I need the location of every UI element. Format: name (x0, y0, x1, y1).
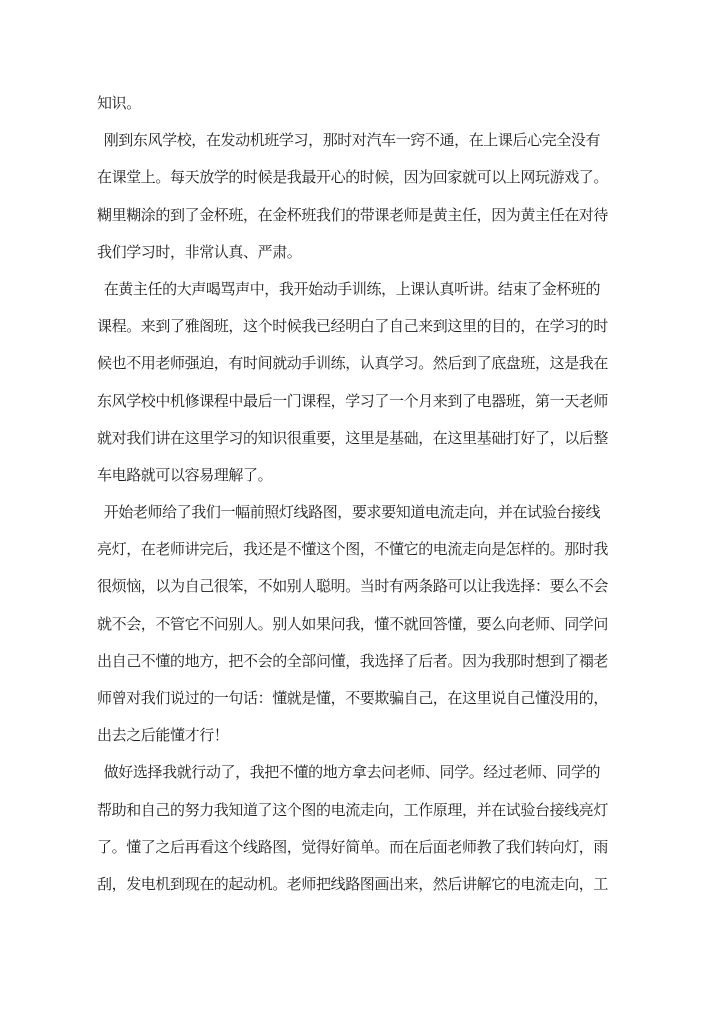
text-line: 知识。 (97, 86, 631, 123)
text-line: 刚到东风学校，在发动机班学习，那时对汽车一窍不通，在上课后心完全没有 (97, 123, 631, 160)
text-line: 开始老师给了我们一幅前照灯线路图，要求要知道电流走向，并在试验台接线 (97, 495, 631, 532)
text-line: 就不会，不管它不问别人。别人如果问我，懂不就回答懂，要么向老师、同学问 (97, 607, 631, 644)
text-line: 做好选择我就行动了，我把不懂的地方拿去问老师、同学。经过老师、同学的 (97, 755, 631, 792)
text-line: 候也不用老师强迫，有时间就动手训练，认真学习。然后到了底盘班，这是我在 (97, 346, 631, 383)
text-line: 东风学校中机修课程中最后一门课程，学习了一个月来到了电器班，第一天老师 (97, 384, 631, 421)
text-line: 在课堂上。每天放学的时候是我最开心的时候，因为回家就可以上网玩游戏了。 (97, 160, 631, 197)
text-line: 出自己不懂的地方，把不会的全部问懂，我选择了后者。因为我那时想到了禤老 (97, 644, 631, 681)
text-line: 帮助和自己的努力我知道了这个图的电流走向，工作原理，并在试验台接线亮灯 (97, 793, 631, 830)
text-line: 师曾对我们说过的一句话：懂就是懂，不要欺骗自己，在这里说自己懂没用的， (97, 681, 631, 718)
text-line: 了。懂了之后再看这个线路图，觉得好简单。而在后面老师教了我们转向灯，雨 (97, 830, 631, 867)
text-line: 就对我们讲在这里学习的知识很重要，这里是基础，在这里基础打好了，以后整 (97, 421, 631, 458)
text-line: 出去之后能懂才行！ (97, 718, 631, 755)
text-line: 车电路就可以容易理解了。 (97, 458, 631, 495)
text-line: 刮，发电机到现在的起动机。老师把线路图画出来，然后讲解它的电流走向，工 (97, 867, 631, 904)
text-line: 很烦恼，以为自己很笨，不如别人聪明。当时有两条路可以让我选择：要么不会 (97, 569, 631, 606)
text-line: 在黄主任的大声喝骂声中，我开始动手训练，上课认真听讲。结束了金杯班的 (97, 272, 631, 309)
text-line: 糊里糊涂的到了金杯班，在金杯班我们的带课老师是黄主任，因为黄主任在对待 (97, 198, 631, 235)
text-line: 课程。来到了雅阁班，这个时候我已经明白了自己来到这里的目的，在学习的时 (97, 309, 631, 346)
text-line: 亮灯，在老师讲完后，我还是不懂这个图，不懂它的电流走向是怎样的。那时我 (97, 532, 631, 569)
document-page: 知识。 刚到东风学校，在发动机班学习，那时对汽车一窍不通，在上课后心完全没有 在… (0, 0, 721, 1020)
text-line: 我们学习时，非常认真、严肃。 (97, 235, 631, 272)
document-body: 知识。 刚到东风学校，在发动机班学习，那时对汽车一窍不通，在上课后心完全没有 在… (97, 86, 631, 904)
